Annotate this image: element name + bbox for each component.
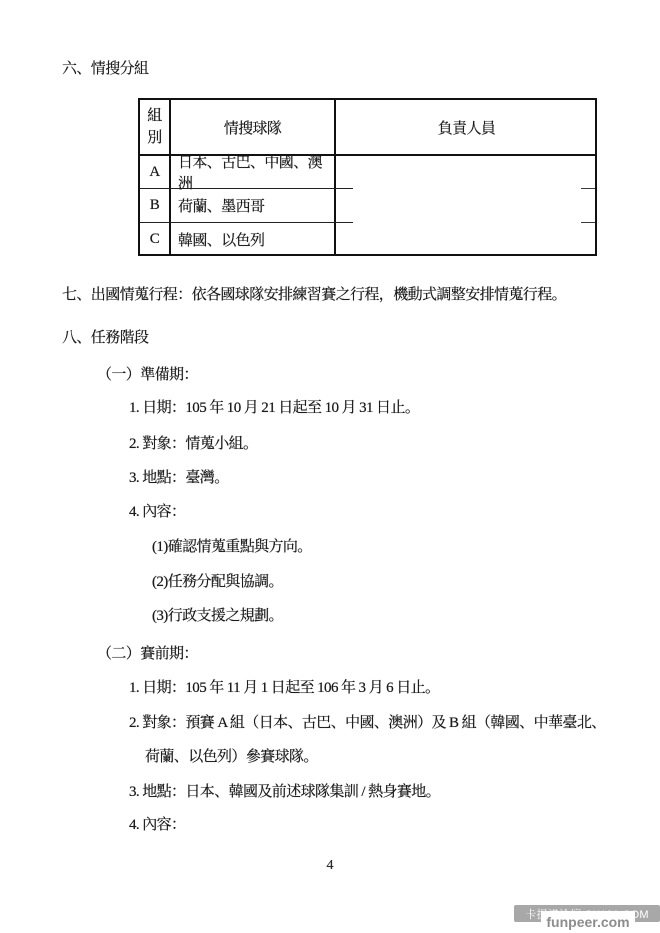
watermark-overlay-text: funpeer.com: [546, 914, 629, 930]
phase2-item-location: 3. 地點：日本、韓國及前述球隊集訓 / 熱身賽地。: [129, 784, 440, 801]
phase1-subitem-3: (3)行政支援之規劃。: [152, 608, 283, 625]
phase1-subitem-2: (2)任務分配與協調。: [152, 574, 283, 591]
phase1-item-date: 1. 日期：105 年 10 月 21 日起至 10 月 31 日止。: [129, 400, 419, 417]
watermark-overlay: funpeer.com: [541, 911, 635, 933]
table-header-group: 組別: [140, 100, 169, 154]
table-row-group-c: C: [140, 223, 169, 256]
table-row-teams-b: 荷蘭、墨西哥: [171, 189, 334, 222]
section8-heading: 八、任務階段: [62, 330, 148, 347]
phase2-title: （二）賽前期：: [97, 646, 198, 663]
table-staff-merged-cell: [336, 156, 597, 256]
page-number: 4: [0, 858, 660, 874]
table-row-teams-a: 日本、古巴、中國、澳洲: [171, 156, 334, 188]
table-row-group-a: A: [140, 156, 169, 188]
intel-groups-table: 組別 情搜球隊 負責人員 A 日本、古巴、中國、澳洲 B 荷蘭、墨西哥 C 韓國…: [138, 98, 597, 256]
phase2-item-content: 4. 內容：: [129, 817, 185, 834]
document-page: 六、情搜分組 組別 情搜球隊 負責人員 A 日本、古巴、中國、澳洲 B 荷蘭、墨…: [0, 0, 660, 933]
table-header-staff: 負責人員: [336, 100, 597, 154]
phase1-item-target: 2. 對象：情蒐小組。: [129, 436, 257, 453]
table-header-group-label: 組別: [147, 105, 163, 149]
table-row-teams-c: 韓國、以色列: [171, 223, 334, 256]
phase2-item-target-cont: 荷蘭、以色列）參賽球隊。: [145, 749, 318, 766]
phase2-item-date: 1. 日期：105 年 11 月 1 日起至 106 年 3 月 6 日止。: [129, 680, 439, 697]
phase1-item-content: 4. 內容：: [129, 504, 185, 521]
phase2-item-target: 2. 對象：預賽 A 組（日本、古巴、中國、澳洲）及 B 組（韓國、中華臺北、: [129, 715, 606, 732]
section7-text: 七、出國情蒐行程：依各國球隊安排練習賽之行程，機動式調整安排情蒐行程。: [62, 287, 566, 304]
phase1-title: （一）準備期：: [97, 367, 198, 384]
table-row-group-b: B: [140, 189, 169, 222]
phase1-item-location: 3. 地點：臺灣。: [129, 470, 229, 487]
table-header-teams: 情搜球隊: [171, 100, 334, 154]
phase1-subitem-1: (1)確認情蒐重點與方向。: [152, 539, 312, 556]
section6-heading: 六、情搜分組: [62, 61, 148, 78]
